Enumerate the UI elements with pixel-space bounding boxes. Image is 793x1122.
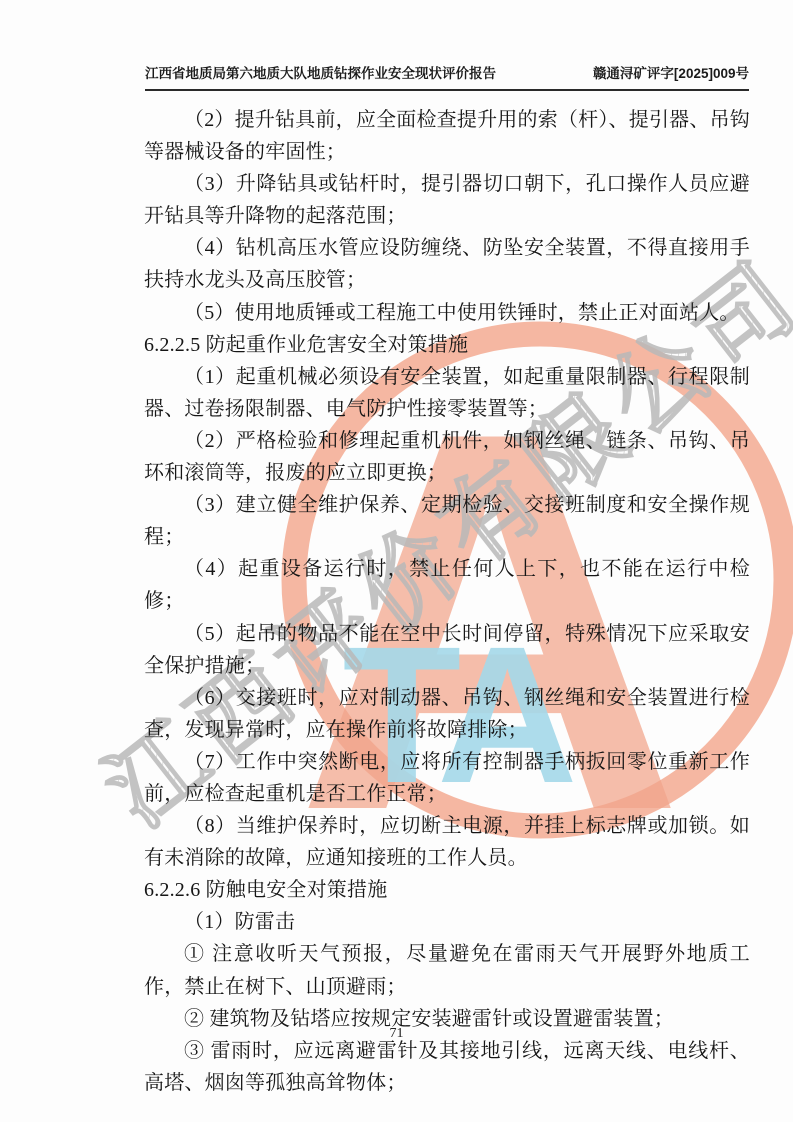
paragraph: ③ 雷雨时，应远离避雷针及其接地引线，远离天线、电线杆、高塔、烟囱等孤独高耸物体… (144, 1035, 750, 1099)
paragraph: （6）交接班时，应对制动器、吊钩、钢丝绳和安全装置进行检查，发现异常时，应在操作… (144, 682, 750, 746)
section-heading-6-2-2-6: 6.2.2.6 防触电安全对策措施 (144, 874, 750, 906)
paragraph: （8）当维护保养时，应切断主电源，并挂上标志牌或加锁。如有未消除的故障，应通知接… (144, 810, 750, 874)
paragraph: （2）提升钻具前，应全面检查提升用的索（杆）、提引器、吊钩等器械设备的牢固性； (144, 104, 750, 168)
document-page: A TA 江西评价有限公司 江西省地质局第六地质大队地质钻探作业安全现状评价报告… (0, 0, 793, 1122)
paragraph: （3）升降钻具或钻杆时，提引器切口朝下，孔口操作人员应避开钻具等升降物的起落范围… (144, 168, 750, 232)
document-body: （2）提升钻具前，应全面检查提升用的索（杆）、提引器、吊钩等器械设备的牢固性； … (144, 104, 750, 1099)
page-header: 江西省地质局第六地质大队地质钻探作业安全现状评价报告 赣通浔矿评字[2025]0… (145, 62, 749, 82)
paragraph: ① 注意收听天气预报，尽量避免在雷雨天气开展野外地质工作，禁止在树下、山顶避雨； (144, 938, 750, 1002)
header-report-title: 江西省地质局第六地质大队地质钻探作业安全现状评价报告 (145, 62, 496, 82)
section-heading-6-2-2-5: 6.2.2.5 防起重作业危害安全对策措施 (144, 329, 750, 361)
paragraph: （1）起重机械必须设有安全装置，如起重量限制器、行程限制器、过卷扬限制器、电气防… (144, 361, 750, 425)
paragraph: （5）使用地质锤或工程施工中使用铁锤时，禁止正对面站人。 (144, 297, 750, 329)
paragraph: （3）建立健全维护保养、定期检验、交接班制度和安全操作规程； (144, 489, 750, 553)
paragraph: （7）工作中突然断电，应将所有控制器手柄扳回零位重新工作前，应检查起重机是否工作… (144, 746, 750, 810)
page-number: 71 (0, 1026, 793, 1042)
header-doc-number: 赣通浔矿评字[2025]009号 (593, 62, 749, 82)
paragraph: （1）防雷击 (144, 906, 750, 938)
paragraph: （4）钻机高压水管应设防缠绕、防坠安全装置，不得直接用手扶持水龙头及高压胶管； (144, 232, 750, 296)
paragraph: （5）起吊的物品不能在空中长时间停留，特殊情况下应采取安全保护措施； (144, 618, 750, 682)
paragraph: （2）严格检验和修理起重机机件，如钢丝绳、链条、吊钩、吊环和滚筒等，报废的应立即… (144, 425, 750, 489)
paragraph: （4）起重设备运行时，禁止任何人上下，也不能在运行中检修； (144, 553, 750, 617)
header-rule (145, 89, 749, 91)
